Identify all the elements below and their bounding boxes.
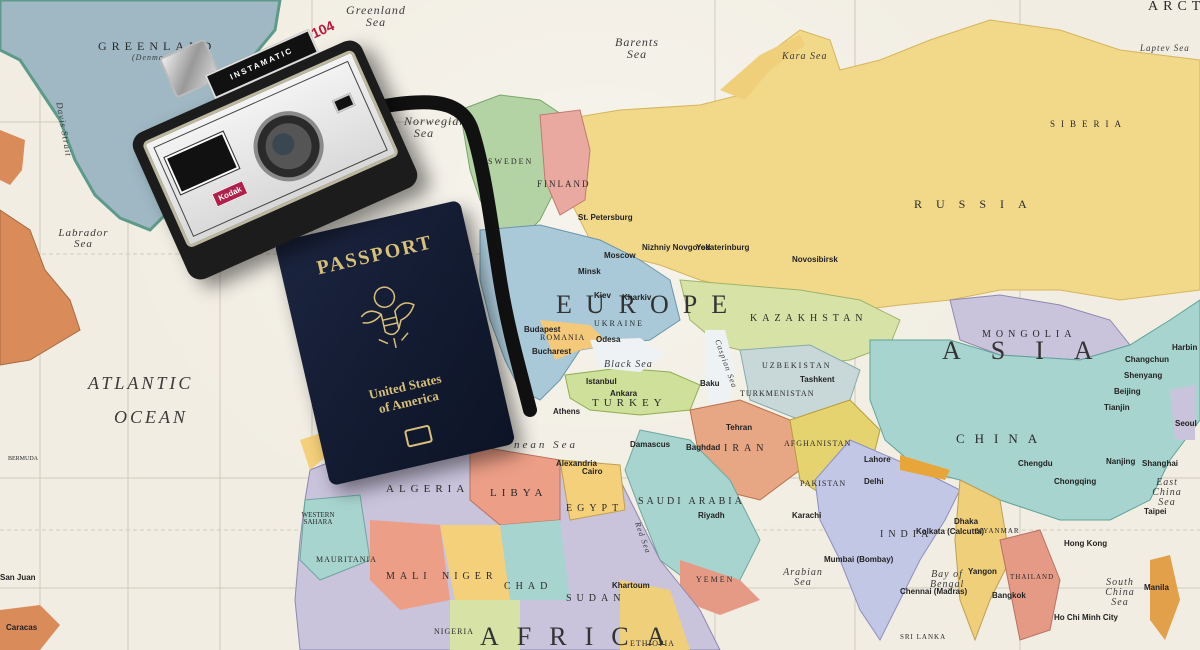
biometric-chip-icon	[404, 424, 433, 447]
camera-strap	[0, 0, 1200, 650]
passport-country: United States of America	[311, 358, 503, 432]
photo-scene: GREENLAND (Denmark) Greenland Sea Labrad…	[0, 0, 1200, 650]
eagle-seal-icon	[345, 273, 434, 362]
